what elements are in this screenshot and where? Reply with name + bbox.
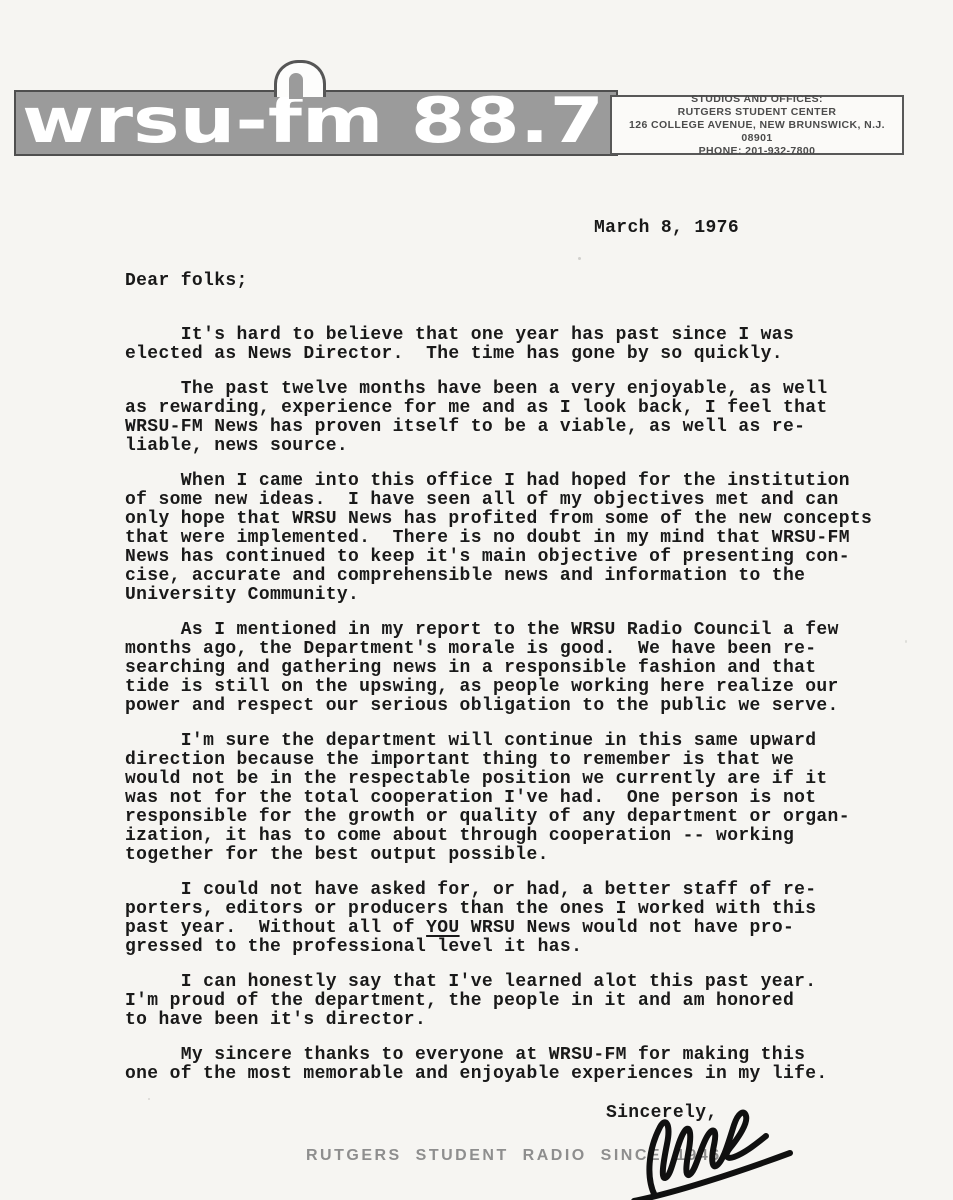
scan-speck bbox=[905, 640, 907, 643]
paragraph: The past twelve months have been a very … bbox=[125, 380, 925, 456]
paragraph: I could not have asked for, or had, a be… bbox=[125, 881, 925, 957]
scan-speck bbox=[148, 1098, 150, 1100]
paragraph: My sincere thanks to everyone at WRSU-FM… bbox=[125, 1046, 925, 1084]
paragraph-text: As I mentioned in my report to the WRSU … bbox=[125, 620, 839, 716]
salutation: Dear folks; bbox=[125, 272, 248, 291]
address-line-3: 126 COLLEGE AVENUE, NEW BRUNSWICK, N.J. … bbox=[612, 119, 902, 145]
paragraph: I'm sure the department will continue in… bbox=[125, 732, 925, 865]
scanned-letter-page: wrsu-fm 88.7 STUDIOS AND OFFICES: RUTGER… bbox=[0, 0, 953, 1200]
wrsu-fm-logo: wrsu-fm 88.7 bbox=[16, 92, 612, 150]
paragraph-text: My sincere thanks to everyone at WRSU-FM… bbox=[125, 1045, 828, 1084]
paragraph: When I came into this office I had hoped… bbox=[125, 472, 925, 605]
paragraph: I can honestly say that I've learned alo… bbox=[125, 973, 925, 1030]
logo-f-ascender bbox=[274, 60, 326, 97]
letter-body: It's hard to believe that one year has p… bbox=[125, 326, 925, 1100]
letterhead-address-box: STUDIOS AND OFFICES: RUTGERS STUDENT CEN… bbox=[610, 95, 904, 155]
handwritten-signature-scrawl bbox=[622, 1106, 802, 1200]
paragraph-text: The past twelve months have been a very … bbox=[125, 379, 828, 456]
paragraph-text: I can honestly say that I've learned alo… bbox=[125, 972, 816, 1030]
paragraph-text: I'm sure the department will continue in… bbox=[125, 731, 850, 865]
paragraph: As I mentioned in my report to the WRSU … bbox=[125, 621, 925, 716]
paragraph-text: It's hard to believe that one year has p… bbox=[125, 325, 794, 364]
logo-f-ascender-counter bbox=[289, 73, 303, 99]
address-line-4: PHONE: 201-932-7800 bbox=[612, 145, 902, 158]
paragraph-text: When I came into this office I had hoped… bbox=[125, 471, 872, 605]
logo-text: wrsu-fm 88.7 bbox=[22, 92, 604, 150]
underlined-text: YOU bbox=[426, 918, 459, 938]
address-line-1: STUDIOS AND OFFICES: bbox=[612, 93, 902, 106]
station-logo-box: wrsu-fm 88.7 bbox=[14, 90, 618, 156]
scan-speck bbox=[578, 257, 581, 260]
paragraph: It's hard to believe that one year has p… bbox=[125, 326, 925, 364]
address-line-2: RUTGERS STUDENT CENTER bbox=[612, 106, 902, 119]
letter-date: March 8, 1976 bbox=[594, 219, 739, 238]
